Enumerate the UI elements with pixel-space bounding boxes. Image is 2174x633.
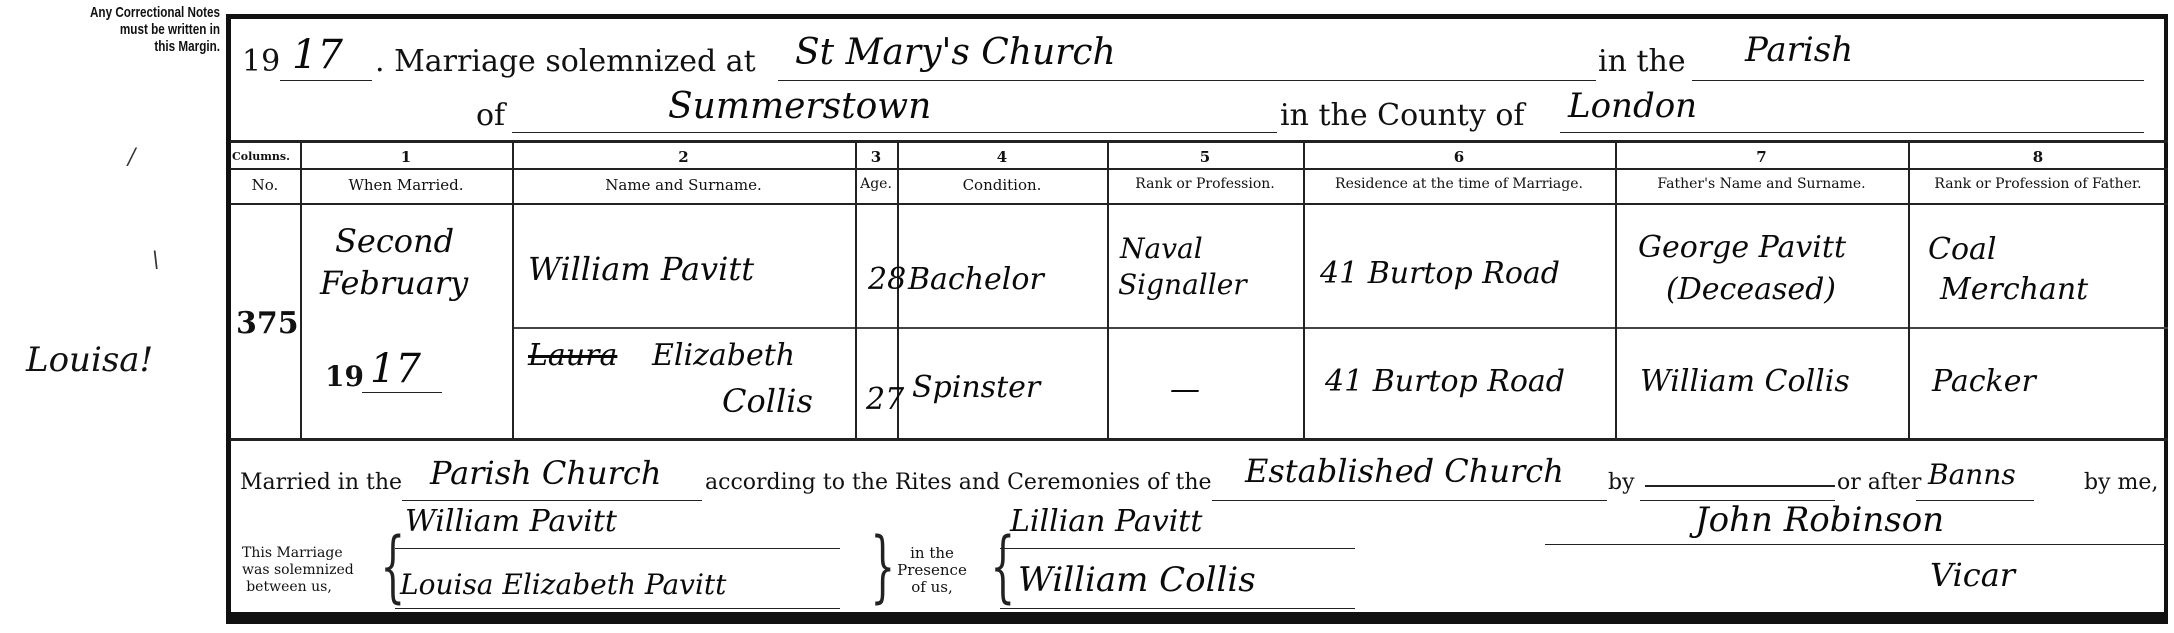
header-residence: Residence at the time of Marriage.	[1303, 176, 1615, 192]
county-label: in the County of	[1280, 98, 1524, 133]
bride-name-struck: Laura	[528, 338, 617, 373]
columns-label: Columns.	[232, 150, 290, 163]
bride-father-name: William Collis	[1640, 364, 1850, 399]
presence-label-line-2: Presence	[888, 562, 976, 579]
when-married-year-suffix: 17	[370, 346, 421, 392]
register-bottom-rule	[226, 612, 2168, 624]
party-1-signature: William Pavitt	[405, 504, 617, 539]
officiant-title: Vicar	[1930, 556, 2015, 594]
bride-age: 27	[866, 382, 904, 417]
between-label-line-3: between us,	[242, 579, 336, 596]
groom-rank-line2: Signaller	[1118, 268, 1247, 301]
column-number-7: 7	[1615, 148, 1908, 166]
row-divider	[512, 327, 2168, 329]
groom-father-rank-line1: Coal	[1928, 232, 1997, 267]
rites-label: according to the Rites and Ceremonies of…	[705, 470, 1212, 495]
bride-condition: Spinster	[912, 370, 1040, 405]
by-label: by	[1608, 470, 1635, 495]
margin-mark: /	[128, 145, 135, 170]
header-father-rank: Rank or Profession of Father.	[1908, 176, 2168, 192]
heading-year-suffix: 17	[292, 32, 343, 78]
notice-line-2: must be written in	[80, 21, 220, 38]
header-rank: Rank or Profession.	[1107, 176, 1303, 192]
column-number-8: 8	[1908, 148, 2168, 166]
heading-year-prefix: 19	[242, 44, 280, 79]
groom-father-name: George Pavitt	[1638, 230, 1846, 265]
witness-1-signature: Lillian Pavitt	[1010, 504, 1202, 539]
column-number-3: 3	[855, 148, 897, 166]
district-type-value: Parish	[1745, 30, 1853, 70]
notice-line-1: Any Correctional Notes	[80, 4, 220, 21]
bride-father-rank: Packer	[1932, 364, 2036, 399]
groom-age: 28	[868, 262, 906, 297]
presence-label: in the Presence of us,	[888, 545, 976, 596]
table-bottom-rule	[230, 438, 2168, 441]
margin-mark: \	[152, 248, 159, 273]
when-married-year-prefix: 19	[325, 360, 364, 393]
when-married-month: February	[320, 264, 468, 302]
between-label-line-2: was solemnized	[242, 562, 336, 579]
header-age: Age.	[855, 176, 897, 192]
header-when-married: When Married.	[300, 176, 512, 194]
by-field	[1640, 474, 1835, 501]
heading-solemnized-label: . Marriage solemnized at	[375, 44, 756, 79]
rites-value: Established Church	[1245, 452, 1564, 490]
bride-residence: 41 Burtop Road	[1325, 364, 1565, 399]
witness-2-signature: William Collis	[1018, 560, 1256, 600]
header-no: No.	[230, 176, 300, 194]
header-father-name: Father's Name and Surname.	[1615, 176, 1908, 192]
in-the-label: in the	[1598, 44, 1686, 79]
officiant-signature: John Robinson	[1695, 500, 1944, 540]
groom-father-status: (Deceased)	[1666, 272, 1836, 307]
column-number-5: 5	[1107, 148, 1303, 166]
groom-father-rank-line2: Merchant	[1940, 272, 2088, 307]
or-after-value: Banns	[1928, 458, 2016, 491]
when-married-day: Second	[335, 222, 454, 260]
table-top-rule	[230, 140, 2168, 143]
header-condition: Condition.	[897, 176, 1107, 194]
party-2-signature: Louisa Elizabeth Pavitt	[400, 568, 726, 601]
or-after-label: or after	[1837, 470, 1921, 495]
by-strikeout	[1645, 485, 1835, 487]
place-value: St Mary's Church	[795, 32, 1116, 73]
district-value: Summerstown	[668, 86, 931, 127]
column-number-6: 6	[1303, 148, 1615, 166]
presence-label-line-1: in the	[888, 545, 976, 562]
groom-name: William Pavitt	[528, 250, 754, 288]
presence-label-line-3: of us,	[888, 579, 976, 596]
column-number-4: 4	[897, 148, 1107, 166]
between-label-line-1: This Marriage	[242, 545, 336, 562]
bride-surname: Collis	[722, 382, 813, 420]
of-label: of	[476, 98, 505, 133]
column-number-rule	[230, 168, 2168, 170]
county-value: London	[1568, 86, 1697, 126]
bride-name-first: Elizabeth	[652, 338, 795, 373]
married-in-value: Parish Church	[430, 454, 661, 492]
column-number-1: 1	[300, 148, 512, 166]
by-me-label: by me,	[2084, 470, 2158, 495]
groom-residence: 41 Burtop Road	[1320, 256, 1560, 291]
between-us-label: This Marriage was solemnized between us,	[242, 545, 336, 596]
column-number-2: 2	[512, 148, 855, 166]
header-rule	[230, 203, 2168, 205]
groom-rank-line1: Naval	[1120, 232, 1203, 265]
notice-line-3: this Margin.	[80, 38, 220, 55]
header-name: Name and Surname.	[512, 176, 855, 194]
correctional-notes-notice: Any Correctional Notes must be written i…	[80, 4, 220, 55]
groom-condition: Bachelor	[908, 262, 1044, 297]
married-in-label: Married in the	[240, 470, 402, 495]
entry-number: 375	[236, 306, 299, 341]
margin-handwritten-note: Louisa!	[26, 340, 153, 380]
bride-rank: —	[1170, 372, 1200, 407]
